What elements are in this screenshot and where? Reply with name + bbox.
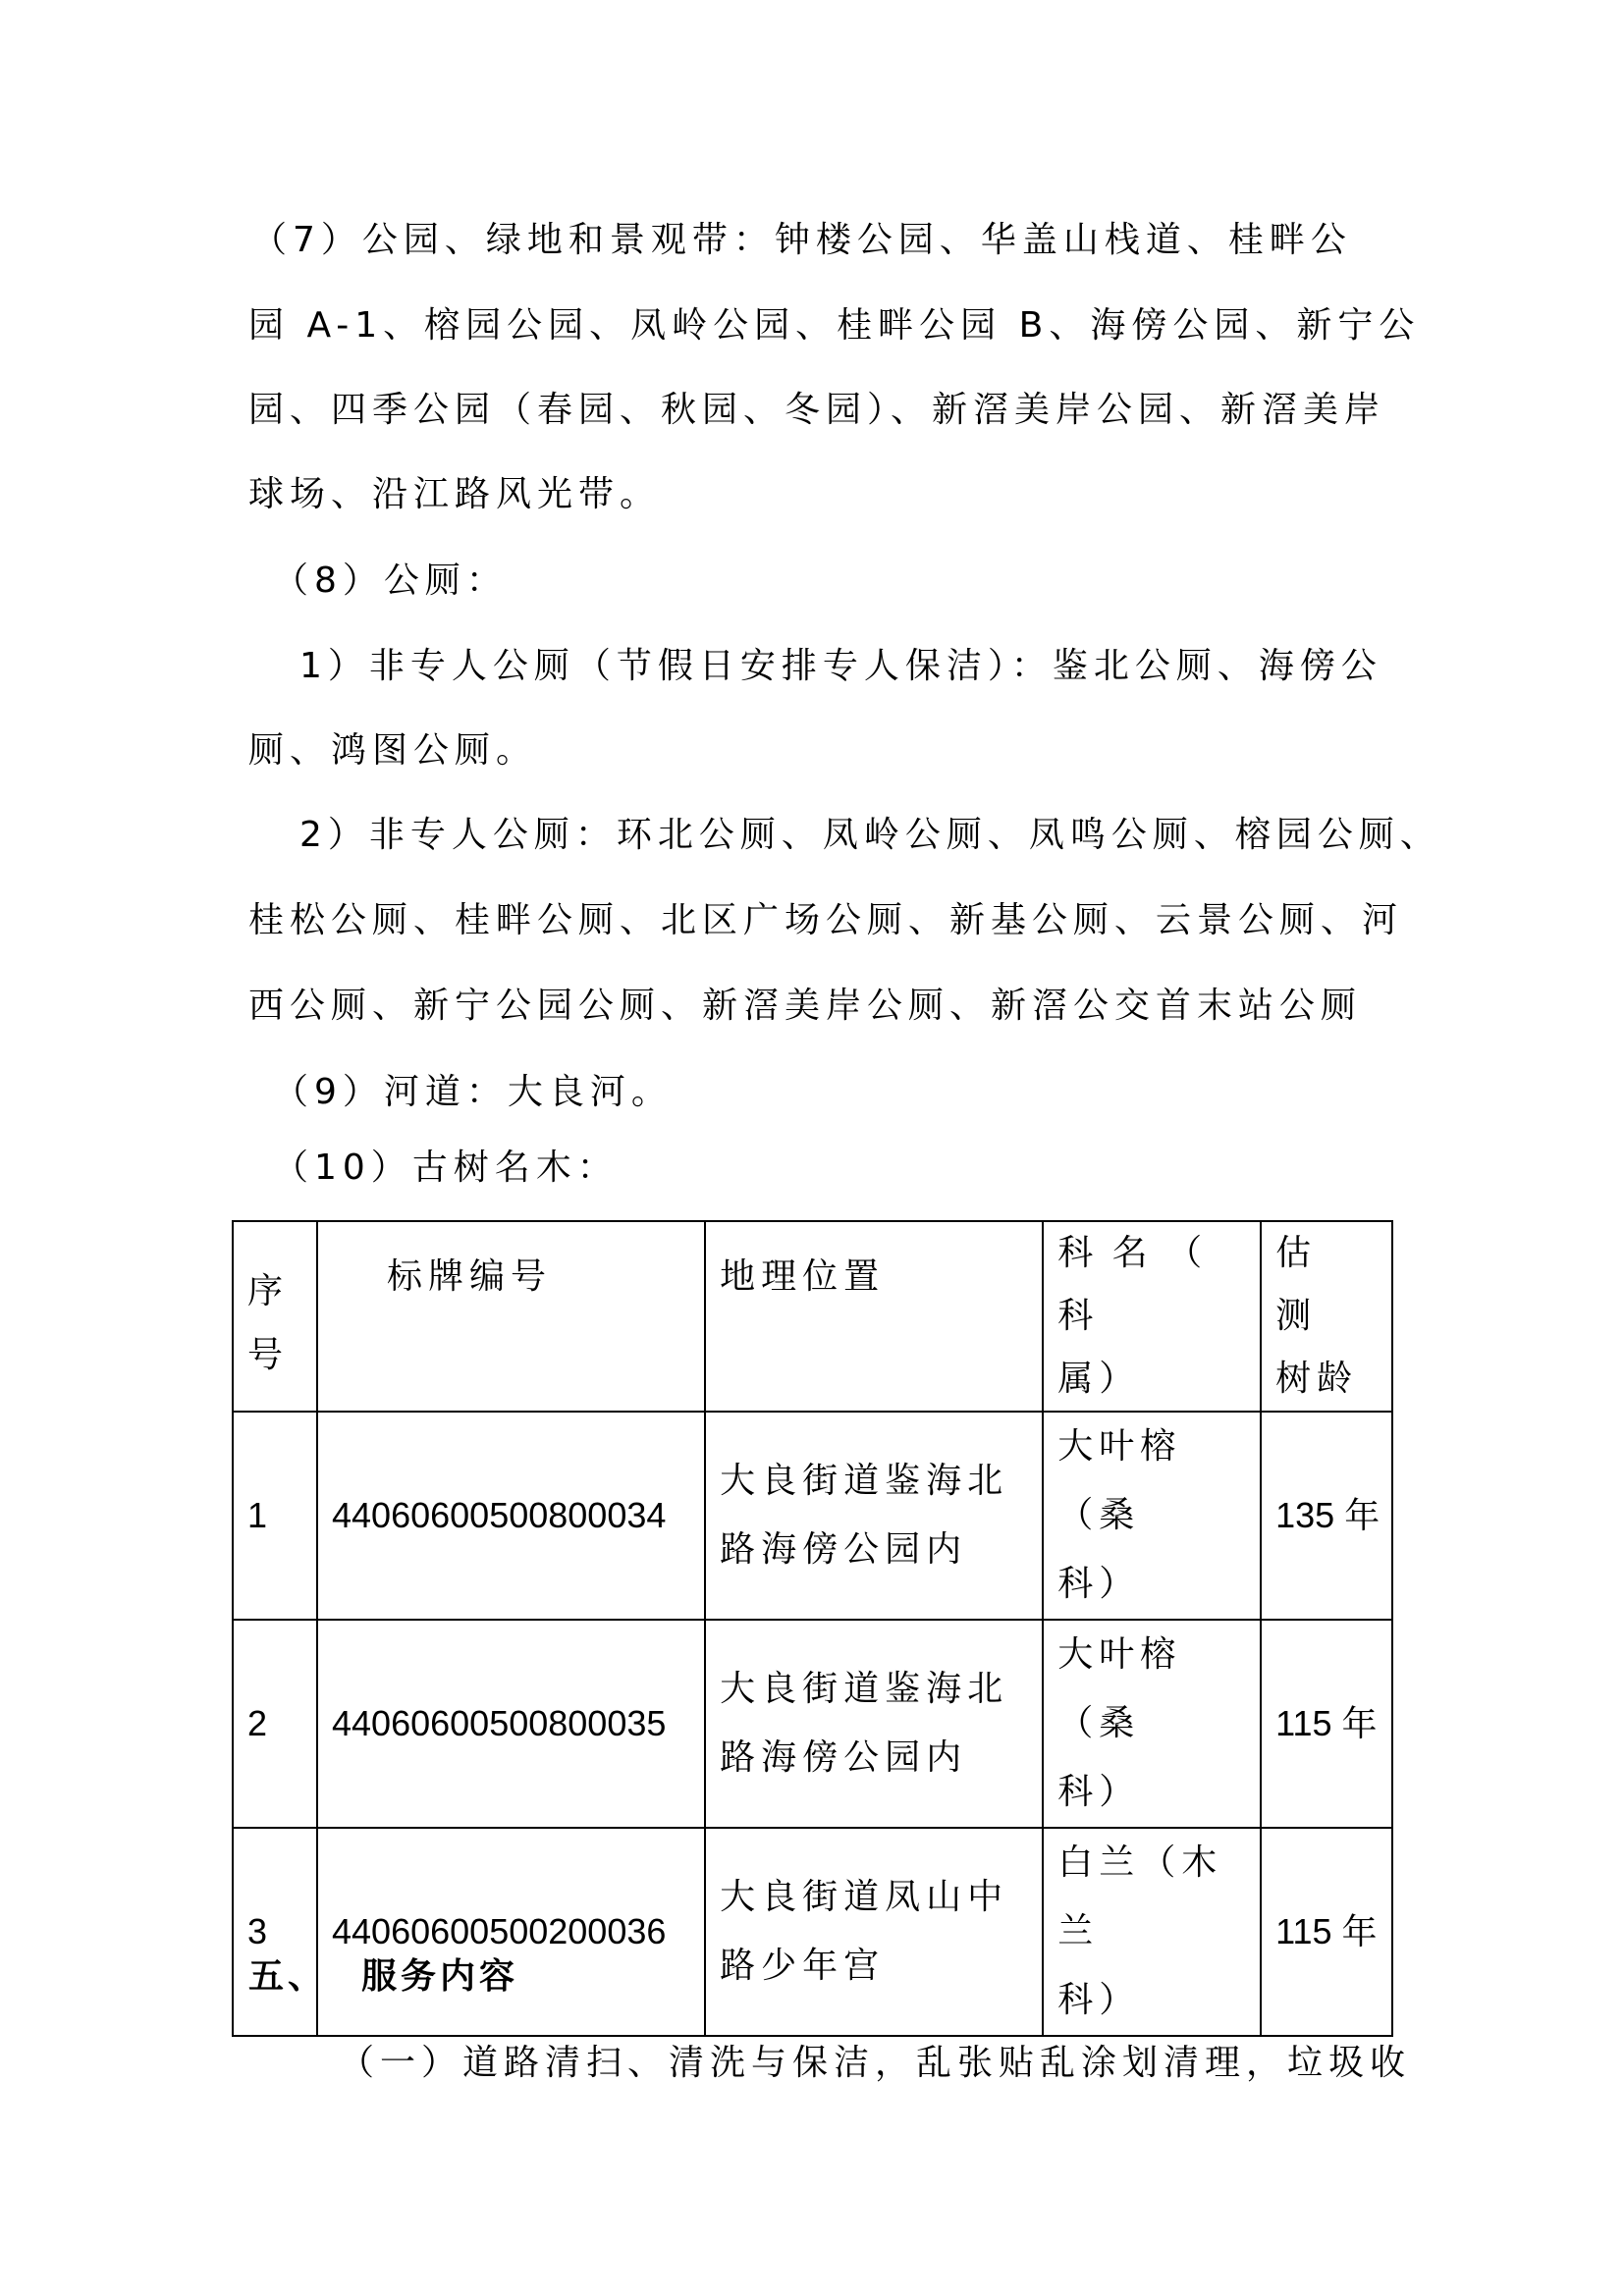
cell-location-line-2: 路海傍公园内 [720,1724,1042,1792]
cell-location: 大良街道鉴海北 路海傍公园内 [705,1620,1043,1828]
header-age-line-1: 估 测 [1275,1222,1391,1348]
para-8-item1-line-1: 1）非专人公厕（节假日安排专人保洁）：鉴北公厕、海傍公 [299,645,1382,688]
cell-family-line-1: 白兰（木兰 [1057,1829,1260,1966]
para-7-line-1: （7）公园、绿地和景观带：钟楼公园、华盖山栈道、桂畔公 [251,219,1352,262]
section-5-title: 服务内容 [361,1955,518,1999]
header-location-label: 地理位置 [720,1256,885,1297]
cell-seq: 2 [233,1620,317,1828]
header-location: 地理位置 [705,1221,1043,1412]
para-9: （9）河道：大良河。 [273,1071,673,1114]
para-7-line-3: 园、四季公园（春园、秋园、冬园）、新滘美岸公园、新滘美岸 [248,389,1385,432]
section-5-number: 五、 [248,1955,327,1999]
cell-family-line-2: 科） [1057,1758,1260,1827]
cell-family-line-1: 大叶榕（桑 [1057,1413,1260,1550]
cell-seq: 1 [233,1412,317,1620]
header-seq-line-2: 号 [247,1331,316,1380]
header-tag: 标牌编号 [317,1221,705,1412]
cell-location-line-1: 大良街道鉴海北 [720,1655,1042,1724]
cell-location-line-1: 大良街道鉴海北 [720,1447,1042,1516]
cell-location-line-2: 路海傍公园内 [720,1516,1042,1584]
header-tag-label: 标牌编号 [387,1256,552,1297]
cell-family-line-2: 科） [1057,1550,1260,1619]
cell-location-line-2: 路少年宫 [720,1932,1042,2001]
cell-age: 115 年 [1261,1620,1392,1828]
cell-family-line-2: 科） [1057,1966,1260,2035]
para-7-line-2: 园 A-1、榕园公园、凤岭公园、桂畔公园 B、海傍公园、新宁公 [248,304,1420,347]
cell-seq: 3 [233,1828,317,2036]
para-7-line-4: 球场、沿江路风光带。 [248,473,661,516]
para-8-item1-line-2: 厕、鸿图公厕。 [248,729,537,773]
header-age-line-2: 树龄 [1275,1348,1391,1411]
cell-tag: 44060600500800034 [317,1412,705,1620]
header-family: 科 名 （ 科 属） [1043,1221,1261,1412]
header-seq: 序 号 [233,1221,317,1412]
header-family-line-1: 科 名 （ 科 [1057,1222,1260,1348]
ancient-trees-table: 序 号 标牌编号 地理位置 科 名 （ 科 属） 估 测 树龄 1 440606… [232,1220,1393,2037]
para-8-item2-line-1: 2）非专人公厕：环北公厕、凤岭公厕、凤鸣公厕、榕园公厕、 [299,814,1441,857]
cell-age: 115 年 [1261,1828,1392,2036]
cell-family: 大叶榕（桑 科） [1043,1620,1261,1828]
cell-family: 大叶榕（桑 科） [1043,1412,1261,1620]
table-row: 2 44060600500800035 大良街道鉴海北 路海傍公园内 大叶榕（桑… [233,1620,1392,1828]
header-seq-line-1: 序 [247,1253,316,1331]
table-row: 1 44060600500800034 大良街道鉴海北 路海傍公园内 大叶榕（桑… [233,1412,1392,1620]
para-8-title: （8）公厕： [273,560,508,603]
cell-age: 135 年 [1261,1412,1392,1620]
header-age: 估 测 树龄 [1261,1221,1392,1412]
cell-location: 大良街道凤山中 路少年宫 [705,1828,1043,2036]
cell-location-line-1: 大良街道凤山中 [720,1863,1042,1932]
table-row: 3 44060600500200036 大良街道凤山中 路少年宫 白兰（木兰 科… [233,1828,1392,2036]
cell-location: 大良街道鉴海北 路海傍公园内 [705,1412,1043,1620]
cell-family-line-1: 大叶榕（桑 [1057,1621,1260,1758]
para-10-title: （10）古树名木： [273,1147,619,1190]
header-family-line-2: 属） [1057,1348,1260,1411]
para-8-item2-line-2: 桂松公厕、桂畔公厕、北区广场公厕、新基公厕、云景公厕、河 [248,899,1403,942]
cell-tag: 44060600500800035 [317,1620,705,1828]
section-5-sub-1: （一）道路清扫、清洗与保洁，乱张贴乱涂划清理，垃圾收 [339,2042,1411,2085]
table-header-row: 序 号 标牌编号 地理位置 科 名 （ 科 属） 估 测 树龄 [233,1221,1392,1412]
para-8-item2-line-3: 西公厕、新宁公园公厕、新滘美岸公厕、新滘公交首末站公厕 [248,985,1362,1028]
cell-family: 白兰（木兰 科） [1043,1828,1261,2036]
cell-tag: 44060600500200036 [317,1828,705,2036]
